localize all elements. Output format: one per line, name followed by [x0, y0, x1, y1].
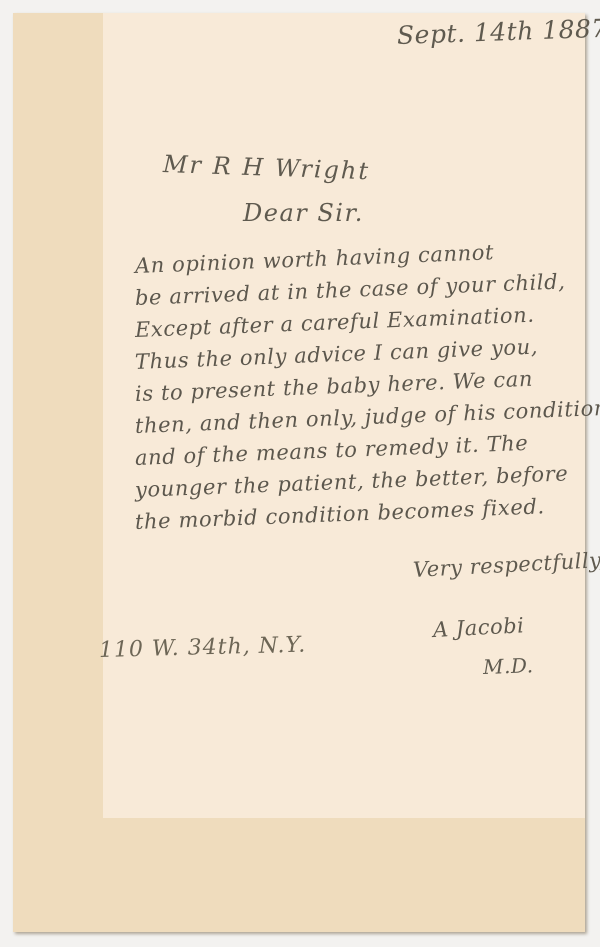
greeting: Dear Sir. — [243, 199, 364, 227]
letter-paper: Sept. 14th 1887. Mr R H Wright Dear Sir.… — [13, 13, 585, 932]
letter-body: An opinion worth having cannot be arrive… — [135, 250, 600, 538]
signature-title: M.D. — [483, 653, 534, 679]
scanned-document: Sept. 14th 1887. Mr R H Wright Dear Sir.… — [0, 0, 600, 947]
signature-name: A Jacobi — [432, 613, 524, 642]
